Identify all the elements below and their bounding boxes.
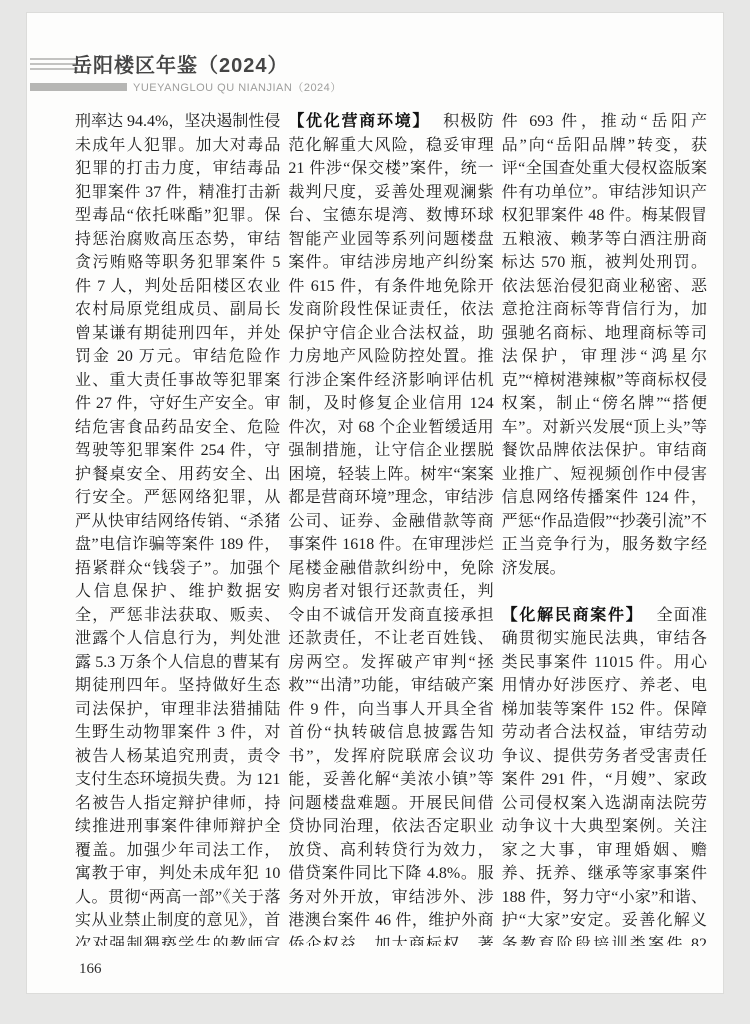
- scanned-yearbook-page: 岳阳楼区年鉴（2024） YUEYANGLOU QU NIANJIAN（2024…: [0, 0, 750, 1024]
- text-columns: 刑率达 94.4%，坚决遏制性侵未成年人犯罪。加大对毒品犯罪的打击力度，审结毒品…: [75, 110, 707, 946]
- column-3-text-1: 件 693 件，推动“岳阳产品”向“岳阳品牌”转变，获评“全国查处重大侵权盗版案…: [502, 113, 707, 577]
- header-deco-bar: [30, 83, 127, 91]
- page-subtitle: YUEYANGLOU QU NIANJIAN（2024）: [133, 79, 342, 95]
- column-2-text: 积极防范化解重大风险，稳妥审理 21 件涉“保交楼”案件，统一裁判尺度，妥善处理…: [288, 113, 493, 946]
- section-heading-business-environment: 【优化营商环境】: [288, 113, 430, 130]
- page-title: 岳阳楼区年鉴（2024）: [72, 49, 289, 78]
- column-1-text: 刑率达 94.4%，坚决遏制性侵未成年人犯罪。加大对毒品犯罪的打击力度，审结毒品…: [75, 113, 280, 946]
- paragraph-continuation-2: 件 693 件，推动“岳阳产品”向“岳阳品牌”转变，获评“全国查处重大侵权盗版案…: [502, 110, 707, 580]
- paragraph-business-environment: 【优化营商环境】积极防范化解重大风险，稳妥审理 21 件涉“保交楼”案件，统一裁…: [288, 110, 493, 946]
- page-number: 166: [79, 961, 102, 978]
- paragraph-civil-commercial: 【化解民商案件】全面准确贯彻实施民法典，审结各类民事案件 11015 件。用心用…: [502, 604, 707, 947]
- header-deco-lines: [30, 58, 78, 70]
- column-1: 刑率达 94.4%，坚决遏制性侵未成年人犯罪。加大对毒品犯罪的打击力度，审结毒品…: [75, 110, 280, 946]
- column-2: 【优化营商环境】积极防范化解重大风险，稳妥审理 21 件涉“保交楼”案件，统一裁…: [288, 110, 493, 946]
- column-3-text-2: 全面准确贯彻实施民法典，审结各类民事案件 11015 件。用心用情办好涉医疗、养…: [502, 607, 707, 947]
- paragraph-continuation: 刑率达 94.4%，坚决遏制性侵未成年人犯罪。加大对毒品犯罪的打击力度，审结毒品…: [75, 110, 280, 946]
- section-heading-civil-commercial: 【化解民商案件】: [502, 607, 644, 624]
- column-3: 件 693 件，推动“岳阳产品”向“岳阳品牌”转变，获评“全国查处重大侵权盗版案…: [502, 110, 707, 946]
